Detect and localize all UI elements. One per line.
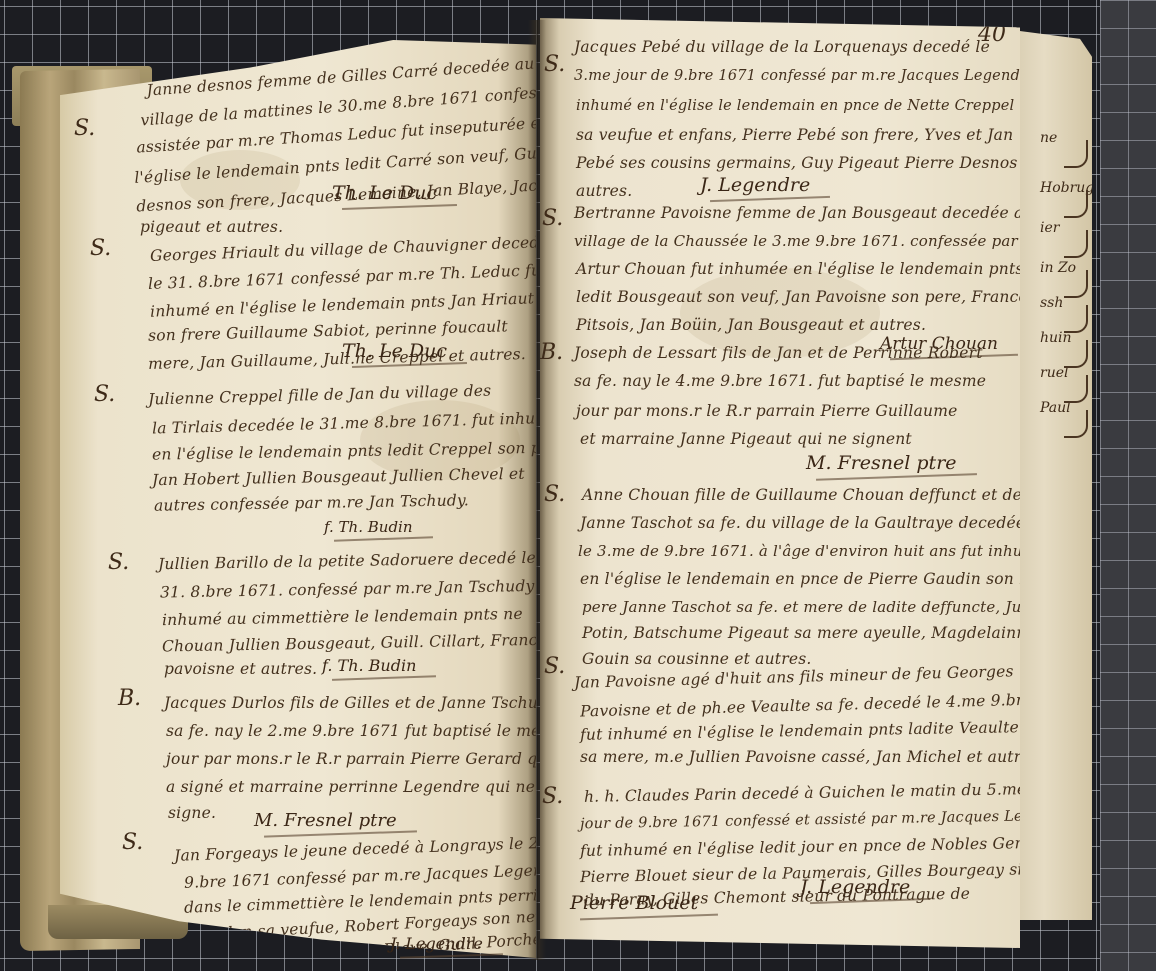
entry-line: Pavoisne et de ph.ee Veaulte sa fe. dece… bbox=[580, 689, 1020, 720]
line-filler-flourish bbox=[1064, 270, 1088, 298]
entry-line: Georges Hriault du village de Chauvigner… bbox=[150, 233, 536, 265]
signature: Pierre Blouet bbox=[570, 892, 698, 914]
line-filler-flourish bbox=[1064, 410, 1088, 438]
line-filler-flourish bbox=[1064, 140, 1088, 168]
signature: J. Legendre bbox=[800, 876, 910, 898]
entry-line: autres. bbox=[576, 182, 632, 200]
entry-line: Potin, Batschume Pigeaut sa mere ayeulle… bbox=[582, 624, 1020, 642]
entry-line: jour par mons.r le R.r parrain Pierre Ge… bbox=[166, 750, 536, 768]
entry-line: fut inhumé en l'église le lendemain pnts… bbox=[580, 718, 1019, 744]
entry-line: village de la Chaussée le 3.me 9.bre 167… bbox=[574, 232, 1020, 250]
line-filler-flourish bbox=[1064, 375, 1088, 403]
entry-line: Chouan Jullien Bousgeaut, Guill. Cillart… bbox=[162, 631, 536, 656]
entry-line: pavoisne et autres. bbox=[164, 660, 317, 678]
entry-marker: S. bbox=[74, 116, 95, 141]
entry-marker: S. bbox=[122, 830, 143, 855]
entry-line: Pebé ses cousins germains, Guy Pigeaut P… bbox=[576, 154, 1020, 172]
entry-line: inhumé en l'église le lendemain pnts Jan… bbox=[150, 289, 535, 320]
book-gutter bbox=[528, 20, 546, 960]
entry-line: son frere Guillaume Sabiot, perinne fouc… bbox=[148, 317, 508, 344]
entry-marker: S. bbox=[544, 52, 565, 77]
entry-line: h. h. Claudes Parin decedé à Guichen le … bbox=[584, 780, 1020, 806]
next-page-fragment: ssh bbox=[1040, 295, 1063, 311]
right-page: 40 S. Jacques Pebé du village de la Lorq… bbox=[540, 18, 1020, 948]
entry-line: le 31. 8.bre 1671 confessé par m.re Th. … bbox=[148, 261, 536, 293]
signature: Th. Le Duc bbox=[342, 340, 447, 362]
entry-marker: S. bbox=[544, 654, 565, 679]
signature: f. Th. Budin bbox=[324, 518, 413, 536]
entry-line: 3.me jour de 9.bre 1671 confessé par m.r… bbox=[574, 68, 1020, 84]
entry-line: sa veufue et enfans, Pierre Pebé son fre… bbox=[576, 126, 1013, 144]
entry-line: Artur Chouan fut inhumée en l'église le … bbox=[576, 260, 1020, 278]
background-grid-right bbox=[1100, 0, 1156, 971]
entry-line: pigeaut et autres. bbox=[140, 218, 283, 236]
line-filler-flourish bbox=[1064, 190, 1088, 218]
entry-marker: S. bbox=[544, 482, 565, 507]
entry-line: et marraine Janne Pigeaut qui ne signent bbox=[580, 430, 912, 448]
entry-line: sa fe. nay le 2.me 9.bre 1671 fut baptis… bbox=[166, 722, 536, 740]
entry-line: jour par mons.r le R.r parrain Pierre Gu… bbox=[576, 402, 957, 420]
signature: M. Fresnel ptre bbox=[254, 810, 397, 831]
signature: f. Th. Budin bbox=[322, 656, 416, 675]
next-page-fragment: ne bbox=[1040, 130, 1057, 146]
signature: M. Fresnel ptre bbox=[806, 452, 957, 474]
entry-line: Bertranne Pavoisne femme de Jan Bousgeau… bbox=[574, 204, 1020, 222]
signature: Th. Le Duc bbox=[332, 182, 437, 204]
entry-line: fut inhumé en l'église ledit jour en pnc… bbox=[580, 834, 1020, 860]
entry-line: autres confessée par m.re Jan Tschudy. bbox=[154, 491, 469, 514]
entry-line: mere, Jan Guillaume, Jull.ne Creppel et … bbox=[148, 345, 526, 373]
entry-line: le 3.me de 9.bre 1671. à l'âge d'environ… bbox=[578, 542, 1020, 560]
entry-line: a signé et marraine perrinne Legendre qu… bbox=[166, 778, 535, 796]
entry-line: ledit Bousgeaut son veuf, Jan Pavoisne s… bbox=[576, 288, 1020, 306]
entry-line: sa mere, m.e Jullien Pavoisne cassé, Jan… bbox=[580, 748, 1020, 766]
entry-line: sa fe. nay le 4.me 9.bre 1671. fut bapti… bbox=[574, 372, 986, 390]
signature: J. Legendre bbox=[390, 934, 483, 953]
entry-line: 31. 8.bre 1671. confessé par m.re Jan Ts… bbox=[160, 576, 536, 601]
entry-line: 9.bre 1671 confessé par m.re Jacques Leg… bbox=[184, 858, 536, 892]
next-page-edge: ne Hobrugz ier in Zo ssh huin ruel Paul bbox=[1012, 30, 1092, 920]
entry-line: en l'église le lendemain en pnce de Pier… bbox=[580, 570, 1020, 588]
entry-line: Gouin sa cousinne et autres. bbox=[582, 650, 812, 668]
left-page: S. Janne desnos femme de Gilles Carré de… bbox=[60, 40, 536, 958]
entry-line: Jullien Barillo de la petite Sadoruere d… bbox=[158, 549, 536, 574]
entry-line: jour de 9.bre 1671 confessé et assisté p… bbox=[580, 808, 1020, 833]
entry-line: Pitsois, Jan Boüin, Jan Bousgeaut et aut… bbox=[576, 316, 926, 334]
entry-marker: B. bbox=[118, 686, 141, 711]
entry-marker: S. bbox=[94, 382, 115, 407]
entry-line: Jan Forgeays le jeune decedé à Longrays … bbox=[174, 833, 536, 865]
entry-line: Jacques Pebé du village de la Lorquenays… bbox=[574, 38, 990, 56]
entry-marker: S. bbox=[108, 550, 129, 575]
entry-line: Jacques Durlos fils de Gilles et de Jann… bbox=[164, 694, 536, 712]
entry-line: inhumé en l'église le lendemain en pnce … bbox=[576, 98, 1014, 114]
line-filler-flourish bbox=[1064, 230, 1088, 258]
entry-line: inhumé au cimmettière le lendemain pnts … bbox=[162, 605, 523, 629]
entry-line: Anne Chouan fille de Guillaume Chouan de… bbox=[582, 486, 1020, 504]
signature: J. Legendre bbox=[700, 174, 810, 196]
entry-line: Jan Hobert Jullien Bousgeaut Jullien Che… bbox=[152, 465, 525, 490]
next-page-fragment: ier bbox=[1040, 220, 1059, 236]
line-filler-flourish bbox=[1064, 340, 1088, 368]
entry-line: signe. bbox=[168, 804, 216, 822]
line-filler-flourish bbox=[1064, 305, 1088, 333]
entry-line: Janne Taschot sa fe. du village de la Ga… bbox=[580, 514, 1020, 532]
entry-line: pere Janne Taschot sa fe. et mere de lad… bbox=[582, 598, 1020, 616]
entry-line: Joseph de Lessart fils de Jan et de Perr… bbox=[574, 344, 983, 362]
entry-marker: S. bbox=[90, 236, 111, 261]
